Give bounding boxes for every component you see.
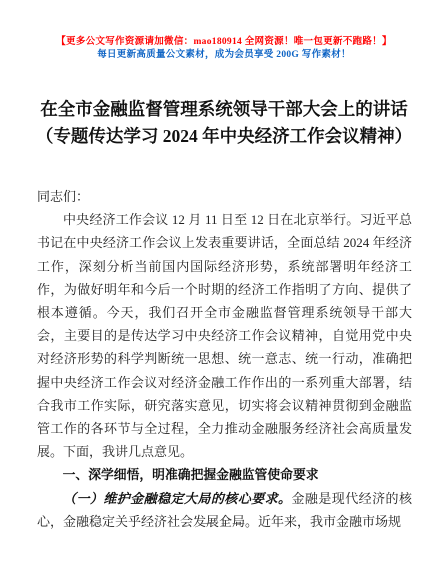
section-heading-1: 一、深学细悟，明准确把握金融监管使命要求 — [37, 463, 412, 486]
body-paragraph-1: 中央经济工作会议 12 月 11 日至 12 日在北京举行。习近平总书记在中央经… — [37, 208, 412, 463]
salutation: 同志们： — [37, 185, 412, 208]
page-number: — 1 — — [0, 517, 448, 529]
ad-banner-line2: 每日更新高质量公文素材，成为会员享受 200G 写作素材！ — [0, 49, 448, 62]
document-title: 在全市金融监督管理系统领导干部大会上的讲话（专题传达学习 2024 年中央经济工… — [34, 96, 414, 150]
subsection-lead: （一）维护金融稳定大局的核心要求。 — [63, 491, 291, 506]
ad-banner-line1: 【更多公文写作资源请加微信：mao180914 全网资源！唯一包更新不跑路！】 — [0, 36, 448, 49]
document-body: 同志们： 中央经济工作会议 12 月 11 日至 12 日在北京举行。习近平总书… — [37, 185, 412, 533]
document-page: 【更多公文写作资源请加微信：mao180914 全网资源！唯一包更新不跑路！】 … — [0, 0, 448, 580]
ad-banner: 【更多公文写作资源请加微信：mao180914 全网资源！唯一包更新不跑路！】 … — [0, 36, 448, 62]
